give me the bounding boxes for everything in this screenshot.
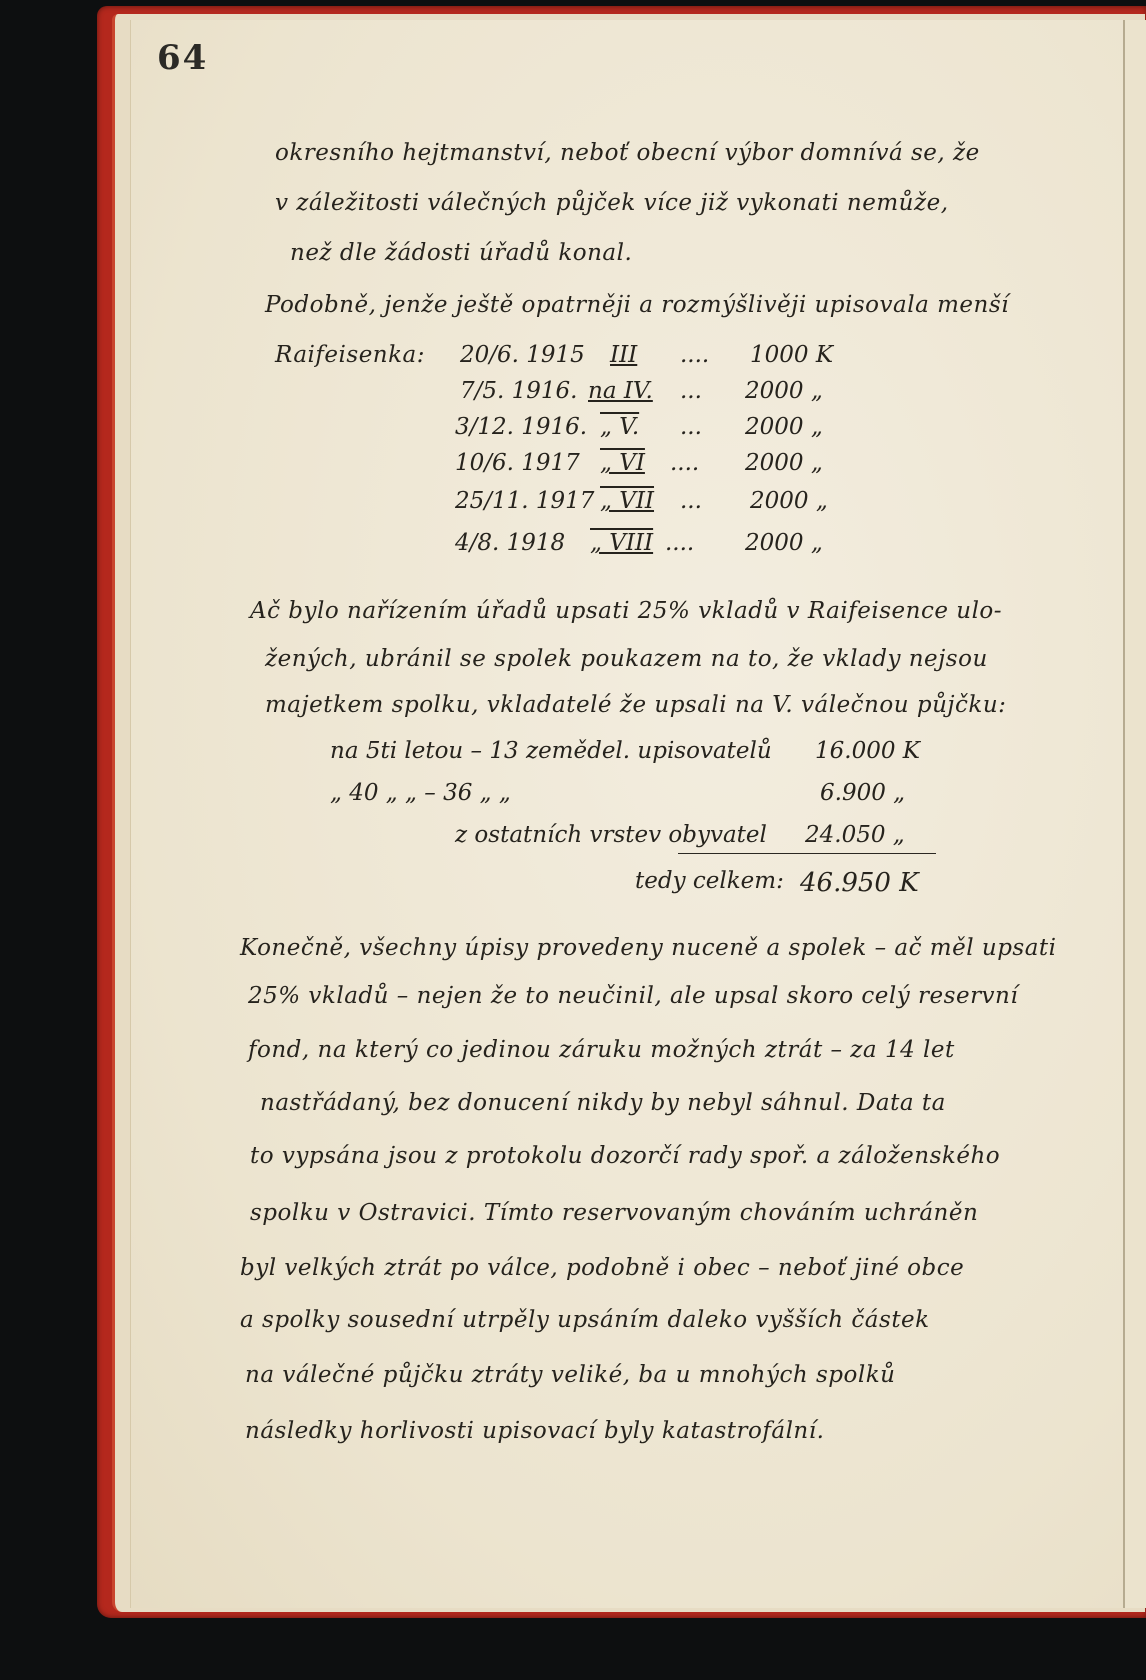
text-line: fond, na který co jedinou záruku možných… <box>248 1037 955 1063</box>
loan-date: 20/6. 1915 <box>460 342 585 368</box>
loan-issue: „ VIII <box>590 530 653 556</box>
text-line: spolku v Ostravici. Tímto reservovaným c… <box>250 1200 978 1226</box>
loan-amount: 2000 „ <box>745 530 823 556</box>
text-line: okresního hejtmanství, neboť obecní výbo… <box>275 140 980 166</box>
subscription-amount: 24.050 „ <box>805 822 905 848</box>
loan-dots: ... <box>680 414 702 440</box>
sum-rule <box>678 853 936 854</box>
loan-table-label: Raifeisenka: <box>275 342 425 368</box>
loan-amount: 2000 „ <box>750 488 828 514</box>
text-line: na válečné půjčku ztráty veliké, ba u mn… <box>245 1362 895 1388</box>
total-label: tedy celkem: <box>635 868 784 894</box>
subscription-amount: 16.000 K <box>815 738 920 764</box>
loan-dots: ... <box>680 488 702 514</box>
text-line: Ač bylo nařízením úřadů upsati 25% vklad… <box>250 598 1002 624</box>
loan-dots: ... <box>680 378 702 404</box>
text-line: než dle žádosti úřadů konal. <box>290 240 632 266</box>
text-line: to vypsána jsou z protokolu dozorčí rady… <box>250 1143 1000 1169</box>
subscription-label: „ 40 „ „ – 36 „ „ <box>330 780 511 806</box>
loan-amount: 1000 K <box>750 342 833 368</box>
text-line: a spolky sousední utrpěly upsáním daleko… <box>240 1307 930 1333</box>
text-line: v záležitosti válečných půjček více již … <box>275 190 949 216</box>
loan-amount: 2000 „ <box>745 450 823 476</box>
text-line: následky horlivosti upisovací byly katas… <box>245 1418 824 1444</box>
text-line: Podobně, jenže ještě opatrněji a rozmýšl… <box>265 292 1009 318</box>
text-line: žených, ubránil se spolek poukazem na to… <box>265 646 988 672</box>
page-number: 64 <box>157 38 208 78</box>
text-line: 25% vkladů – nejen že to neučinil, ale u… <box>248 983 1018 1009</box>
loan-issue: III <box>610 342 637 368</box>
loan-date: 25/11. 1917 <box>455 488 594 514</box>
loan-date: 3/12. 1916. <box>455 414 587 440</box>
loan-issue: „ VI <box>600 450 645 476</box>
loan-dots: .... <box>680 342 709 368</box>
loan-issue: na IV. <box>588 378 653 404</box>
loan-issue: „ VII <box>600 488 654 514</box>
total-amount: 46.950 K <box>800 868 919 898</box>
loan-date: 7/5. 1916. <box>460 378 577 404</box>
loan-date: 4/8. 1918 <box>455 530 565 556</box>
loan-date: 10/6. 1917 <box>455 450 580 476</box>
facing-page-edge <box>1123 20 1146 1608</box>
loan-amount: 2000 „ <box>745 414 823 440</box>
text-line: nastřádaný, bez donucení nikdy by nebyl … <box>260 1090 946 1116</box>
loan-dots: .... <box>665 530 694 556</box>
text-line: majetkem spolku, vkladatelé že upsali na… <box>265 692 1006 718</box>
subscription-label: na 5ti letou – 13 zemědel. upisovatelů <box>330 738 772 764</box>
loan-dots: .... <box>670 450 699 476</box>
text-line: Konečně, všechny úpisy provedeny nuceně … <box>240 935 1057 961</box>
loan-amount: 2000 „ <box>745 378 823 404</box>
subscription-amount: 6.900 „ <box>820 780 905 806</box>
subscription-label: z ostatních vrstev obyvatel <box>455 822 767 848</box>
text-line: byl velkých ztrát po válce, podobně i ob… <box>240 1255 964 1281</box>
loan-issue: „ V. <box>600 414 639 440</box>
